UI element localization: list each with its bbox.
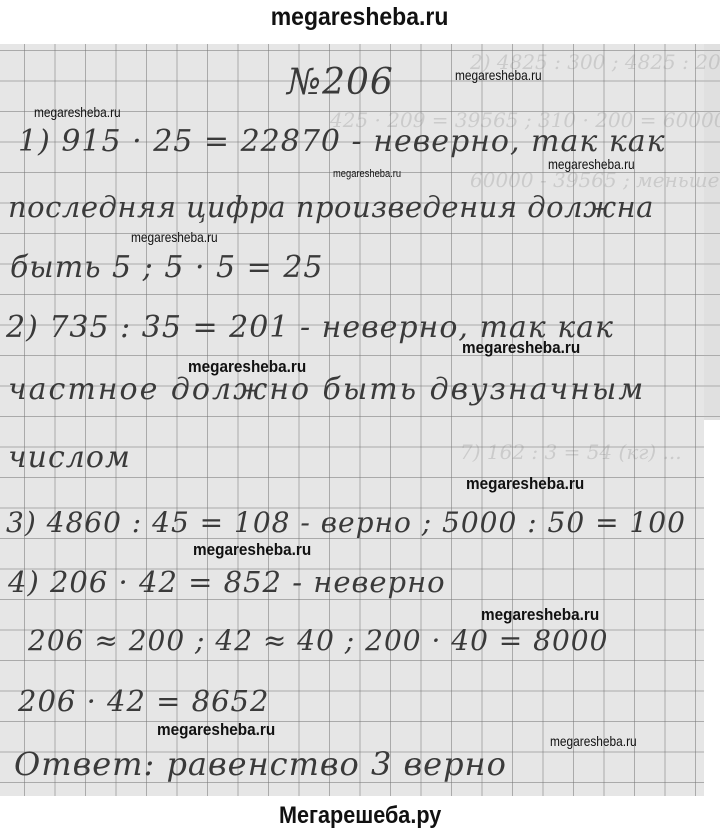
site-footer: Мегарешеба.ру: [0, 796, 720, 838]
watermark: megaresheba.ru: [462, 338, 580, 358]
exercise-number: №206: [287, 62, 394, 103]
watermark: megaresheba.ru: [481, 605, 599, 625]
watermark: megaresheba.ru: [550, 733, 637, 749]
solution-line: частное должно быть двузначным: [8, 372, 645, 407]
site-header: megaresheba.ru: [0, 0, 720, 44]
watermark: megaresheba.ru: [188, 357, 306, 377]
solution-line: 206 ≈ 200 ; 42 ≈ 40 ; 200 · 40 = 8000: [28, 624, 608, 657]
solution-line: 206 · 42 = 8652: [18, 684, 269, 718]
solution-line: числом: [8, 440, 131, 475]
site-name: megaresheba.ru: [271, 0, 449, 34]
solution-line: последняя цифра произведения должна: [8, 190, 654, 224]
watermark: megaresheba.ru: [193, 540, 311, 560]
watermark: megaresheba.ru: [466, 474, 584, 494]
watermark: megaresheba.ru: [333, 168, 401, 180]
solution-line: 4) 206 · 42 = 852 - неверно: [8, 565, 446, 599]
watermark: megaresheba.ru: [548, 156, 635, 172]
watermark: megaresheba.ru: [131, 229, 218, 245]
watermark: megaresheba.ru: [34, 104, 121, 120]
site-name-cyrillic: Мегарешеба.ру: [279, 796, 441, 836]
bleed-through-text: 7) 162 : 3 = 54 (кг) ...: [460, 440, 682, 464]
watermark: megaresheba.ru: [157, 720, 275, 740]
solution-line: быть 5 ; 5 · 5 = 25: [10, 250, 324, 285]
solution-line: 3) 4860 : 45 = 108 - верно ; 5000 : 50 =…: [6, 506, 686, 539]
watermark: megaresheba.ru: [455, 67, 542, 83]
answer-line: Ответ: равенство 3 верно: [14, 745, 507, 783]
page-edge: [704, 44, 720, 420]
page-margin: [704, 420, 720, 796]
solution-line: 1) 915 · 25 = 22870 - неверно, так как: [18, 124, 666, 159]
